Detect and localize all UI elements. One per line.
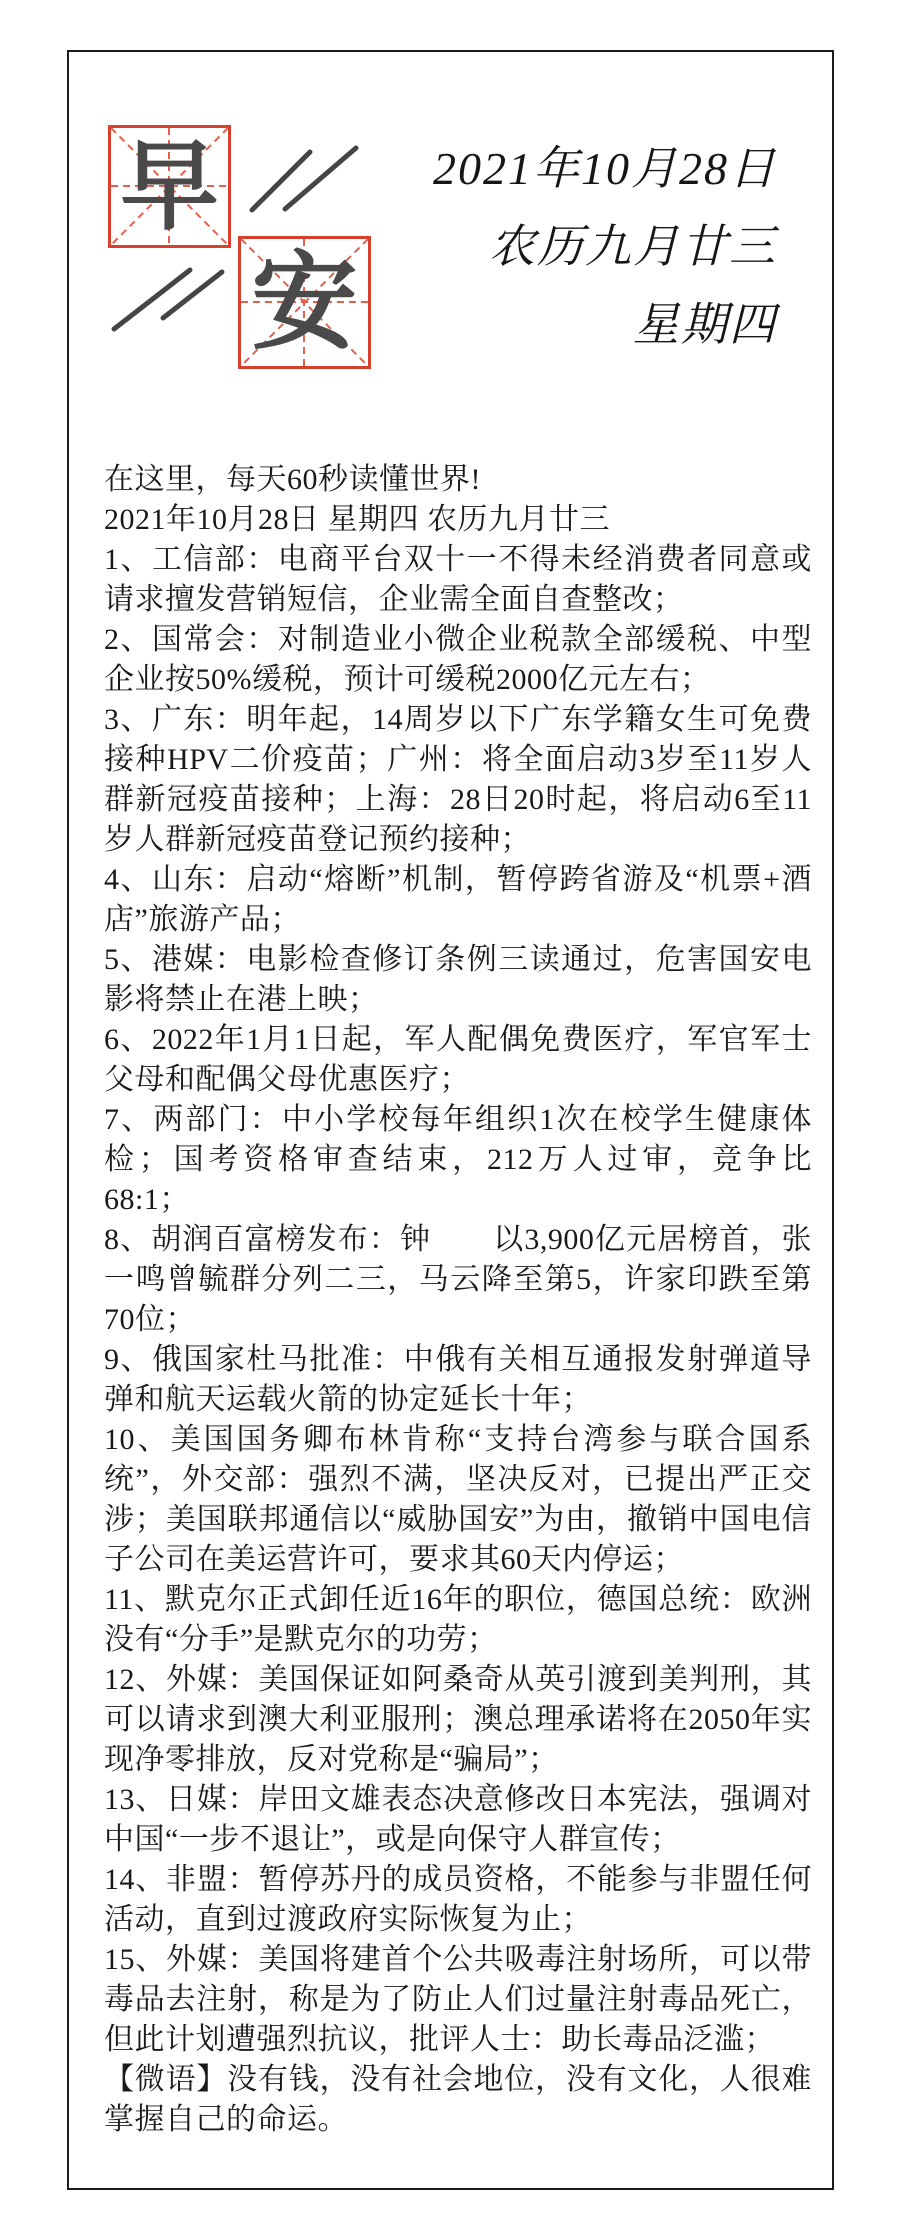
news-item: 7、两部门：中小学校每年组织1次在校学生健康体检；国考资格审查结束，212万人过…	[104, 1100, 812, 1220]
news-item: 9、俄国家杜马批准：中俄有关相互通报发射弹道导弹和航天运载火箭的协定延长十年；	[104, 1340, 812, 1420]
slogan-line: 在这里，每天60秒读懂世界!	[104, 460, 812, 500]
morning-news-poster: 早 安 2021年10月28日 农历九月廿三 星期四 在这里，	[0, 0, 900, 2240]
news-item: 4、山东：启动“熔断”机制，暂停跨省游及“机票+酒店”旅游产品；	[104, 860, 812, 940]
news-item: 15、外媒：美国将建首个公共吸毒注射场所，可以带毒品去注射，称是为了防止人们过量…	[104, 1940, 812, 2060]
date-gregorian: 2021年10月28日	[433, 130, 777, 208]
date-summary-line: 2021年10月28日 星期四 农历九月廿三	[104, 500, 812, 540]
news-item: 8、胡润百富榜发布：钟 以3,900亿元居榜首，张一鸣曾毓群分列二三，马云降至第…	[104, 1220, 812, 1340]
double-slash-icon	[240, 140, 365, 220]
news-item: 14、非盟：暂停苏丹的成员资格，不能参与非盟任何活动，直到过渡政府实际恢复为止；	[104, 1860, 812, 1940]
news-item: 3、广东：明年起，14周岁以下广东学籍女生可免费接种HPV二价疫苗；广州：将全面…	[104, 700, 812, 860]
news-item: 1、工信部：电商平台双十一不得未经消费者同意或请求擅发营销短信，企业需全面自查整…	[104, 540, 812, 620]
news-item: 12、外媒：美国保证如阿桑奇从英引渡到美判刑，其可以请求到澳大利亚服刑；澳总理承…	[104, 1660, 812, 1780]
news-item: 2、国常会：对制造业小微企业税款全部缓税、中型企业按50%缓税，预计可缓税200…	[104, 620, 812, 700]
date-block: 2021年10月28日 农历九月廿三 星期四	[433, 130, 777, 364]
news-item: 5、港媒：电影检查修订条例三读通过，危害国安电影将禁止在港上映；	[104, 940, 812, 1020]
double-slash-icon	[105, 262, 230, 337]
logo-char-zao: 早	[120, 138, 218, 236]
news-item: 10、美国国务卿布林肯称“支持台湾参与联合国系统”，外交部：强烈不满，坚决反对，…	[104, 1420, 812, 1580]
logo-box-zao: 早	[108, 125, 231, 248]
logo-char-an: 安	[252, 250, 358, 356]
news-item: 13、日媒：岸田文雄表态决意修改日本宪法，强调对中国“一步不退让”，或是向保守人…	[104, 1780, 812, 1860]
date-lunar: 农历九月廿三	[433, 208, 777, 286]
news-item: 6、2022年1月1日起，军人配偶免费医疗，军官军士父母和配偶父母优惠医疗；	[104, 1020, 812, 1100]
logo-box-an: 安	[238, 236, 371, 369]
news-item: 11、默克尔正式卸任近16年的职位，德国总统：欧洲没有“分手”是默克尔的功劳；	[104, 1580, 812, 1660]
date-weekday: 星期四	[433, 286, 777, 364]
weiyu-line: 【微语】没有钱，没有社会地位，没有文化，人很难掌握自己的命运。	[104, 2060, 812, 2140]
news-body: 在这里，每天60秒读懂世界! 2021年10月28日 星期四 农历九月廿三 1、…	[104, 460, 812, 2140]
